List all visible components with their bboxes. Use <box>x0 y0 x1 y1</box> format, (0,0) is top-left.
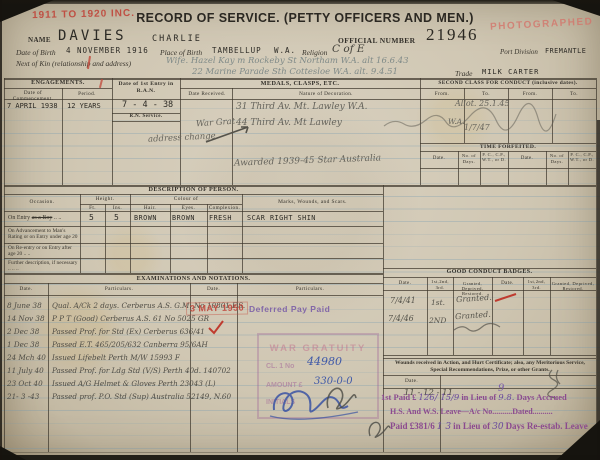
engagement-date-value: 7 APRIL 1938 <box>7 102 58 110</box>
red-check-mark <box>208 320 224 334</box>
tf-col-days-2: No. of Days. <box>546 153 568 164</box>
trade-value: MILK CARTER <box>482 68 539 76</box>
pencil-initials-scrawl <box>320 378 360 416</box>
medals-title: MEDALS, CLASPS, ETC. <box>180 80 420 87</box>
engagement-period-value: 12 YEARS <box>67 102 101 110</box>
name-label: NAME <box>28 36 51 44</box>
paid1-tail: Days Accrued <box>517 392 567 402</box>
address-note-1: 31 Third Av. Mt. Lawley W.A. <box>236 102 367 112</box>
pencil-scrawl <box>382 110 560 134</box>
paid-reestab-leave-line: Paid £381/6 1 3 in Lieu of 30 Days Re-es… <box>390 421 600 432</box>
paid-accrued-leave-line: 1st Paid £ 126/ 15/9 in Lieu of 9.8. Day… <box>381 392 596 403</box>
badge-row-ord: 2ND <box>429 316 446 325</box>
allot-note: Allot. 25.1.45 <box>455 99 510 108</box>
next-of-kin-label: Next of Kin (relationship and address) <box>16 59 131 68</box>
exam-row-text: Passed Prof. for Ldg Std (V/S) Perth 40d… <box>52 366 231 375</box>
date-received-stamp: 3 MAY 1950 <box>186 301 248 315</box>
col-colour-of: Colour of <box>130 196 242 202</box>
record-of-service-card: 1911 TO 1920 INC. RECORD OF SERVICE. (PE… <box>0 0 600 460</box>
height-ft-value: 5 <box>89 213 95 222</box>
col-hair: Hair. <box>130 205 170 211</box>
pob-state-value: W.A. <box>274 46 296 55</box>
ran-entry-label: Date of 1st Entry in R.A.N. <box>114 81 178 96</box>
card-edge <box>0 0 2 460</box>
height-ins-value: 5 <box>114 213 120 222</box>
tf-col-date-2: Date. <box>508 156 546 161</box>
hs-ws-leave-line: H.S. And W.S. Leave—A/c No..........Date… <box>390 407 553 416</box>
col-occasion: Occasion. <box>4 199 80 205</box>
paid1-mid: in Lieu of <box>461 392 496 402</box>
paid1-amount: 126/ 15/9 <box>418 393 459 403</box>
badge-col-date-2: Date. <box>492 281 523 286</box>
col-from-2: From. <box>508 91 552 97</box>
exam-col-date-1: Date. <box>4 286 48 292</box>
col-from-1: From. <box>420 91 464 97</box>
next-of-kin-line2: 22 Marine Parade Sth Cottesloe W.A. alt.… <box>192 67 398 77</box>
exam-row-date: 24 Mch 40 <box>7 353 46 362</box>
paid2-days: 30 <box>492 422 503 432</box>
exam-row-date: 1 Dec 38 <box>7 340 39 349</box>
eyes-value: BROWN <box>172 214 195 222</box>
port-division-value: FREMANTLE <box>545 47 586 55</box>
trade-label: Trade <box>455 69 473 78</box>
col-to-1: To. <box>464 91 508 97</box>
occasion-row4-label: Further description, if necessary .. .. … <box>8 260 78 272</box>
tf-col-pc-1: P. C., C.P., W.T., or D. <box>480 152 508 163</box>
col-ft: Ft. <box>80 205 105 211</box>
occasion-row1-label: On Entry as a Boy .. .. <box>8 215 61 221</box>
exam-row-date: 8 June 38 <box>7 301 42 310</box>
address-note-2: 44 Third Av. Mt Lawley <box>236 118 342 128</box>
paid1-label: 1st Paid £ <box>381 392 416 402</box>
second-class-title: SECOND CLASS FOR CONDUCT (inclusive date… <box>420 80 596 86</box>
exam-row-text: Passed Prof. for Std (Ex) Cerberus 636/4… <box>52 327 205 336</box>
pencil-scrawl <box>452 322 502 334</box>
badge-col-ord-2: 1st,2nd, 3rd. <box>523 279 550 290</box>
paid2-mid: in Lieu of <box>453 421 490 431</box>
description-title: DESCRIPTION OF PERSON. <box>4 186 383 193</box>
col-to-2: To. <box>552 91 596 97</box>
paid2-label: Paid £381/6 <box>390 421 435 431</box>
badge-col-status-2: Granted, Deprived, Restored. <box>550 281 596 291</box>
exam-row-date: 2 Dec 38 <box>7 327 39 336</box>
col-marks: Marks, Wounds, and Scars. <box>242 199 383 205</box>
occasion-dots: .. .. <box>54 215 62 221</box>
col-period: Period. <box>62 91 112 97</box>
war-gratuity-no-value: 44980 <box>307 355 342 368</box>
time-forfeited-title: TIME FORFEITED. <box>420 144 596 150</box>
badge-row-date: 7/4/46 <box>388 314 414 323</box>
exam-row-date: 21- 3 -43 <box>7 392 39 401</box>
col-complexion: Complexion. <box>207 205 242 211</box>
examinations-title: EXAMINATIONS AND NOTATIONS. <box>4 275 383 282</box>
exam-col-particulars-2: Particulars. <box>237 286 383 292</box>
col-commencement: Date of Commencement. <box>5 90 61 102</box>
occasion-entry-text: On Entry <box>8 215 30 221</box>
tf-col-date-1: Date. <box>420 156 458 161</box>
war-gratuity-no-label: CL. 1 No <box>266 363 294 370</box>
hair-value: BROWN <box>134 214 157 222</box>
paid2-tail: Days Re-estab. Leave <box>506 421 588 431</box>
wounds-col-date: Date. <box>383 378 440 384</box>
religion-value: C of E <box>332 43 365 55</box>
badge-row-date: 7/4/41 <box>390 296 416 305</box>
exam-row-text: Passed prof. P.O. Std (Sup) Australia 52… <box>52 392 231 401</box>
exam-row-text: Issued Lifebelt Perth M/W 15993 F <box>52 353 180 362</box>
marks-value: SCAR RIGHT SHIN <box>247 214 316 222</box>
col-ins: Ins. <box>105 205 130 211</box>
port-division-label: Port Division <box>500 48 538 56</box>
paid1-days: 9.8. <box>498 393 514 403</box>
exam-row-text: Issued A/G Helmet & Gloves Perth 23043 (… <box>52 379 216 388</box>
card-edge <box>0 455 600 460</box>
engagements-title: ENGAGEMENTS. <box>4 80 112 86</box>
given-name-value: CHARLIE <box>152 34 202 44</box>
surname-value: DAVIES <box>58 28 127 44</box>
badge-col-ord-1: 1st,2nd, 3rd. <box>427 279 453 290</box>
war-gratuity-title: WAR GRATUITY <box>259 343 377 354</box>
official-number-value: 21946 <box>426 25 479 45</box>
exam-row-date: 14 Nov 38 <box>7 314 45 323</box>
badge-row-ord: 1st. <box>431 298 445 307</box>
tf-col-pc-2: P. C., C.P., W.T., or D. <box>568 152 596 163</box>
occasion-row2-label: On Advancement to Man's Rating or on Ent… <box>8 228 78 247</box>
rn-service-label: R.N. Service. <box>112 114 180 119</box>
page-title: RECORD OF SERVICE. (PETTY OFFICERS AND M… <box>110 11 500 25</box>
red-tick-mark <box>494 292 518 304</box>
deferred-pay-stamp: Deferred Pay Paid <box>249 304 330 314</box>
ran-entry-value: 7 - 4 - 38 <box>122 100 173 110</box>
dob-label: Date of Birth <box>16 48 56 57</box>
col-nature: Nature of Decoration. <box>232 91 420 97</box>
exam-col-date-2: Date. <box>190 286 237 292</box>
complexion-value: FRESH <box>209 214 232 222</box>
pob-value: TAMBELLUP <box>212 46 262 55</box>
occasion-row3-label: On Re-entry or on Entry after age 20 .. … <box>8 245 78 257</box>
card-edge <box>0 0 600 4</box>
exam-col-particulars-1: Particulars. <box>48 286 190 292</box>
pencil-initials-scrawl <box>364 416 392 442</box>
dob-value: 4 NOVEMBER 1916 <box>66 46 149 55</box>
badge-col-date-1: Date. <box>383 281 427 286</box>
exam-row-text: Passed E.T. 465/205/632 Canberra 95/6AH <box>52 340 208 349</box>
tf-col-days-1: No. of Days. <box>458 153 480 164</box>
col-eyes: Eyes. <box>170 205 207 211</box>
paid2-amount: 1 3 <box>437 422 451 432</box>
exam-row-date: 23 Oct 40 <box>7 379 43 388</box>
next-of-kin-line1: Wife. Hazel Kay m Rockeby St Northam W.A… <box>166 56 409 66</box>
occasion-struck-text: as a Boy <box>32 215 53 221</box>
col-height: Height. <box>80 196 130 202</box>
badges-title: GOOD CONDUCT BADGES. <box>383 269 596 275</box>
col-date-received: Date Received. <box>182 91 232 97</box>
exam-row-date: 11 July 40 <box>7 366 44 375</box>
